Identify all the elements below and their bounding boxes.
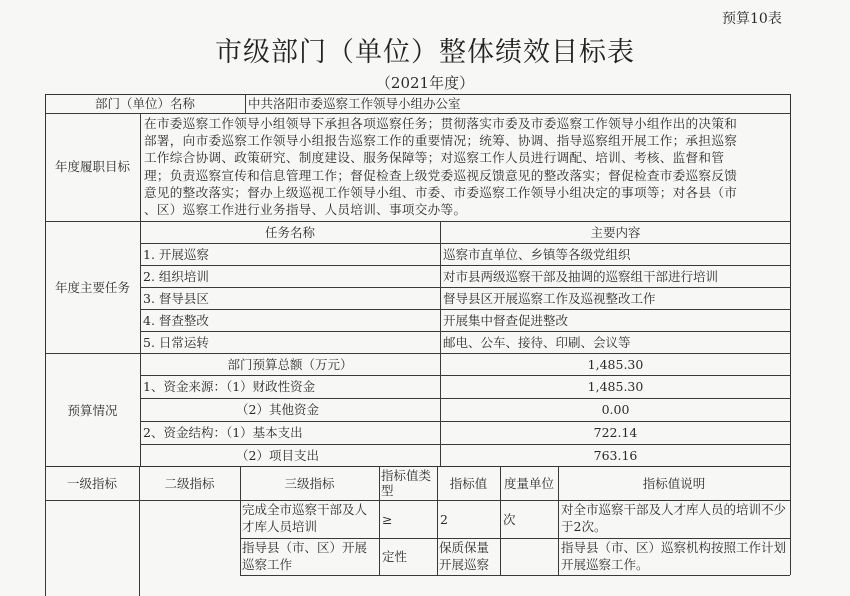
task-content: 开展集中督查促进整改 [443, 309, 789, 331]
budget-total-value: 1,485.30 [440, 353, 791, 375]
goal-line: 、区）巡察工作进行业务指导、人员培训、事项交办等。 [144, 201, 788, 218]
task-content: 对市县两级巡察干部及抽调的巡察组干部进行培训 [443, 265, 789, 287]
header-value-type: 指标值类型 [381, 467, 437, 500]
annual-tasks-label: 年度主要任务 [45, 221, 140, 353]
header-description: 指标值说明 [558, 467, 790, 500]
fiscal-year: （2021年度） [0, 72, 850, 93]
indicator-value: 保质保量开展巡察 [439, 539, 500, 575]
indicator-level3: 指导县（市、区）开展巡察工作 [242, 539, 379, 575]
budget-source-fiscal-value: 1,485.30 [440, 375, 791, 398]
divider [790, 467, 791, 575]
indicator-value-type: ≥ [382, 500, 437, 538]
budget-total-label: 部门预算总额（万元） [140, 353, 440, 375]
indicator-value-type: 定性 [382, 538, 437, 575]
task-content-header: 主要内容 [440, 221, 791, 243]
task-name-header: 任务名称 [140, 221, 440, 243]
divider [379, 467, 380, 575]
budget-source-other-label: （2）其他资金 [236, 398, 439, 421]
indicator-description: 指导县（市、区）巡察机构按照工作计划开展巡察工作。 [561, 539, 789, 575]
budget-structure-basic-label: 2、资金结构：（1）基本支出 [143, 421, 439, 444]
task-content: 巡察市直单位、乡镇等各级党组织 [443, 243, 789, 265]
goal-line: 工作综合协调、政策研究、制度建设、服务保障等；对巡察工作人员进行调配、培训、考核… [144, 149, 788, 166]
divider [240, 575, 790, 576]
header-level2: 二级指标 [139, 467, 240, 500]
budget-structure-basic-value: 722.14 [440, 421, 791, 444]
budget-source-fiscal-label: 1、资金来源：（1）财政性资金 [143, 375, 439, 398]
task-name: 3. 督导县区 [143, 287, 439, 309]
task-name: 5. 日常运转 [143, 331, 439, 353]
goal-line: 部署，向市委巡察工作领导小组报告巡察工作的重要情况；统筹、协调、指导巡察组开展工… [144, 132, 788, 149]
task-content: 邮电、公车、接待、印刷、会议等 [443, 331, 789, 353]
department-value: 中共洛阳市委巡察工作领导小组办公室 [248, 94, 788, 113]
goal-line: 理；负责巡察宣传和信息管理工作；督促检查上级党委巡视反馈意见的整改落实；督促检查… [144, 167, 788, 184]
divider [245, 94, 246, 113]
header-level3: 三级指标 [240, 467, 379, 500]
page-title: 市级部门（单位）整体绩效目标表 [0, 30, 850, 69]
indicator-value: 2 [440, 500, 500, 538]
task-name: 1. 开展巡察 [143, 243, 439, 265]
indicator-unit [503, 538, 558, 575]
budget-label: 预算情况 [45, 353, 140, 467]
indicator-description: 对全市巡察干部及人才库人员的培训不少于2次。 [561, 501, 789, 538]
task-content: 督导县区开展巡察工作及巡视整改工作 [443, 287, 789, 309]
budget-structure-project-label: （2）项目支出 [236, 444, 439, 467]
budget-source-other-value: 0.00 [440, 398, 791, 421]
task-name: 2. 组织培训 [143, 265, 439, 287]
indicator-level3: 完成全市巡察干部及人才库人员培训 [242, 501, 379, 538]
form-number: 预算10表 [722, 8, 782, 28]
goal-line: 在市委巡察工作领导小组领导下承担各项巡察任务；贯彻落实市委及市委巡察工作领导小组… [144, 115, 788, 132]
goal-line: 意见的整改落实；督办上级巡视工作领导小组、市委、市委巡察工作领导小组决定的事项等… [144, 184, 788, 201]
annual-duty-goal-text: 在市委巡察工作领导小组领导下承担各项巡察任务；贯彻落实市委及市委巡察工作领导小组… [141, 115, 791, 220]
budget-structure-project-value: 763.16 [440, 444, 791, 467]
task-name: 4. 督查整改 [143, 309, 439, 331]
header-level1: 一级指标 [45, 467, 139, 500]
header-unit: 度量单位 [500, 467, 558, 500]
department-label: 部门（单位）名称 [45, 94, 245, 113]
header-value: 指标值 [437, 467, 500, 500]
divider [45, 113, 791, 114]
annual-duty-goal-label: 年度履职目标 [45, 113, 140, 220]
indicator-unit: 次 [503, 500, 558, 538]
